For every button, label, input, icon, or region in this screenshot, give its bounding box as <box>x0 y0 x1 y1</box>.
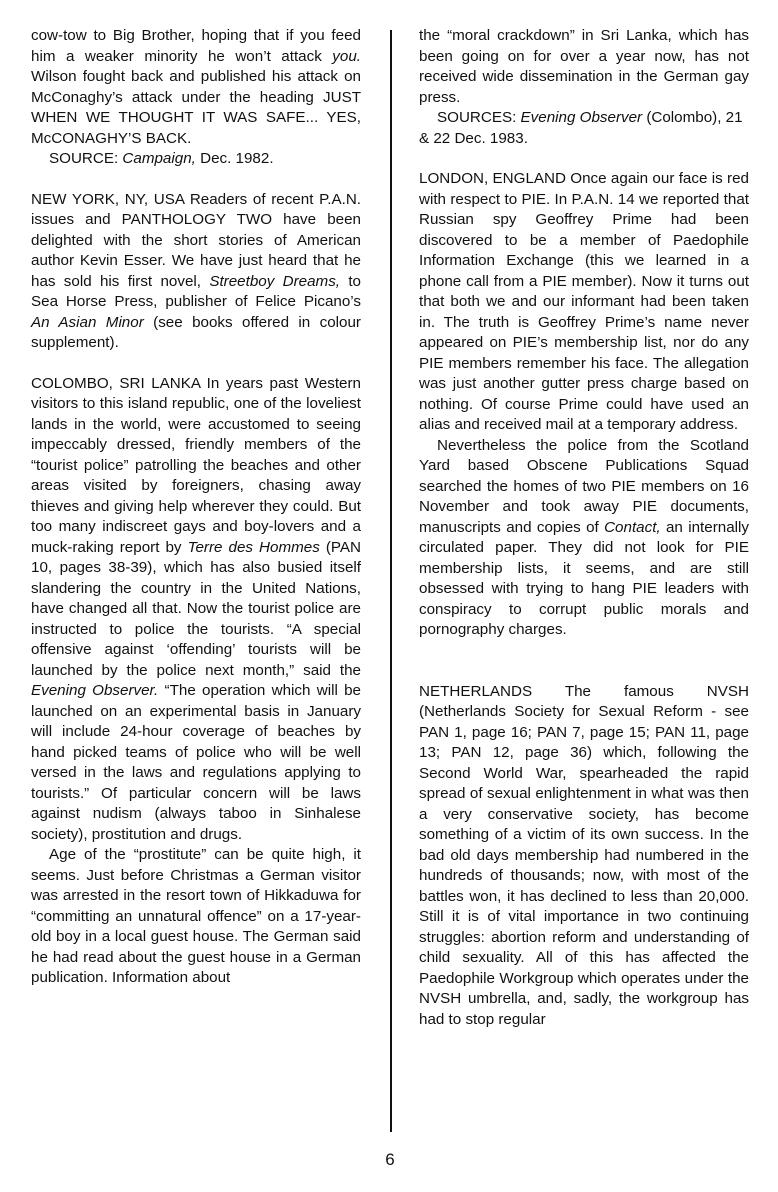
dateline: NETHERLANDS <box>419 683 532 700</box>
dateline: NEW YORK, NY, USA <box>31 191 184 208</box>
article-colombo-continued: the “moral crackdown” in Sri Lanka, whic… <box>419 26 749 149</box>
dateline: COLOMBO, SRI LANKA <box>31 375 200 392</box>
right-column: the “moral crackdown” in Sri Lanka, whic… <box>419 26 749 1050</box>
article-new-york: NEW YORK, NY, USA Readers of recent P.A.… <box>31 190 361 354</box>
paragraph: NEW YORK, NY, USA Readers of recent P.A.… <box>31 190 361 354</box>
left-column: cow-tow to Big Brother, hoping that if y… <box>31 26 361 1009</box>
article-london: LONDON, ENGLAND Once again our face is r… <box>419 169 749 641</box>
paragraph: the “moral crackdown” in Sri Lanka, whic… <box>419 26 749 108</box>
source-line: SOURCES: Evening Observer (Colombo), 21 … <box>419 108 749 149</box>
column-divider <box>390 30 392 1132</box>
page-number: 6 <box>380 1150 400 1170</box>
article-netherlands: NETHERLANDS The famous NVSH (Netherlands… <box>419 682 749 1031</box>
source-line: SOURCE: Campaign, Dec. 1982. <box>31 149 361 170</box>
paragraph: LONDON, ENGLAND Once again our face is r… <box>419 169 749 436</box>
paragraph: NETHERLANDS The famous NVSH (Netherlands… <box>419 682 749 1031</box>
article-wilson-mcconaghy: cow-tow to Big Brother, hoping that if y… <box>31 26 361 170</box>
article-colombo: COLOMBO, SRI LANKA In years past Western… <box>31 374 361 989</box>
paragraph: COLOMBO, SRI LANKA In years past Western… <box>31 374 361 846</box>
dateline: LONDON, ENGLAND <box>419 170 566 187</box>
paragraph: Nevertheless the police from the Scotlan… <box>419 436 749 641</box>
paragraph: Age of the “prostitute” can be quite hig… <box>31 845 361 989</box>
paragraph: cow-tow to Big Brother, hoping that if y… <box>31 26 361 149</box>
